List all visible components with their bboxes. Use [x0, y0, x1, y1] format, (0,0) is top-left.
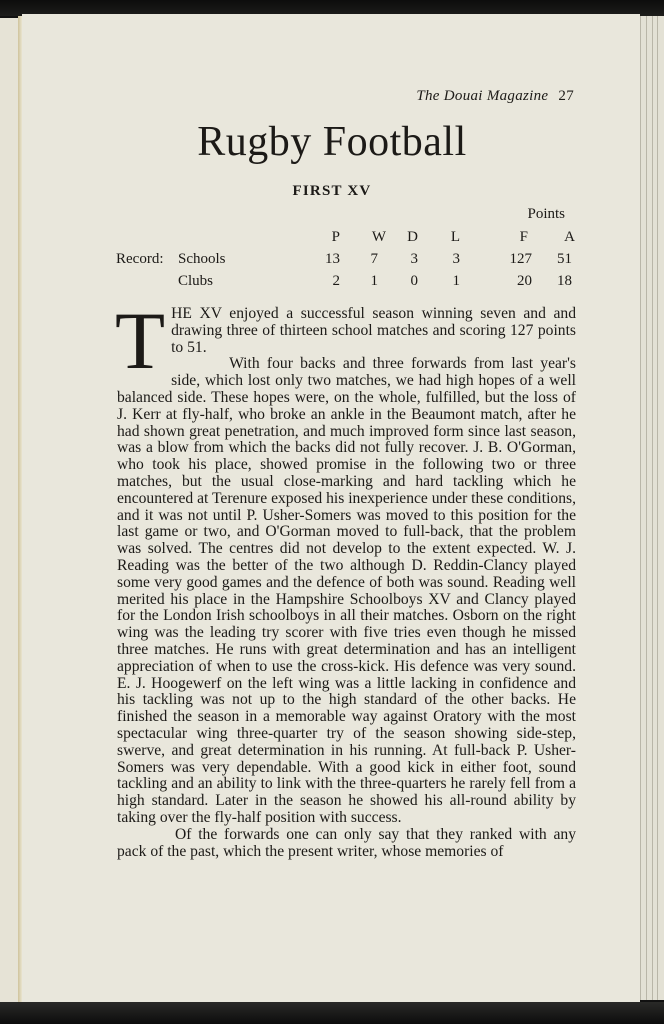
clubs-points-against: 18: [550, 273, 572, 290]
schools-drawn: 3: [398, 251, 418, 268]
column-header-drawn: D: [392, 229, 418, 246]
schools-played: 13: [310, 251, 340, 268]
schools-won: 7: [358, 251, 378, 268]
book-cover-bottom: [0, 1002, 664, 1024]
column-header-played: P: [318, 229, 340, 246]
paragraph-intro: HE XV enjoyed a successful season winnin…: [117, 306, 576, 356]
column-header-lost: L: [442, 229, 460, 246]
running-header: The Douai Magazine27: [416, 88, 574, 105]
points-group-header: Points: [500, 206, 565, 223]
article-body: T HE XV enjoyed a successful season winn…: [117, 306, 576, 860]
clubs-lost: 1: [440, 273, 460, 290]
page-number: 27: [558, 88, 574, 104]
paragraph-forwards: Of the forwards one can only say that th…: [117, 827, 576, 861]
section-heading: FIRST XV: [0, 183, 664, 200]
clubs-won: 1: [358, 273, 378, 290]
row-label-schools: Schools: [178, 251, 226, 268]
column-header-for: F: [500, 229, 528, 246]
column-header-against: A: [550, 229, 575, 246]
row-label-clubs: Clubs: [178, 273, 213, 290]
publication-name: The Douai Magazine: [416, 88, 548, 104]
clubs-drawn: 0: [398, 273, 418, 290]
schools-lost: 3: [440, 251, 460, 268]
article-title: Rugby Football: [0, 118, 664, 166]
record-label: Record:: [116, 251, 163, 268]
schools-points-against: 51: [550, 251, 572, 268]
clubs-played: 2: [310, 273, 340, 290]
drop-cap: T: [115, 310, 165, 376]
paragraph-backs: With four backs and three forwards from …: [117, 356, 576, 826]
column-header-won: W: [358, 229, 386, 246]
schools-points-for: 127: [500, 251, 532, 268]
clubs-points-for: 20: [500, 273, 532, 290]
